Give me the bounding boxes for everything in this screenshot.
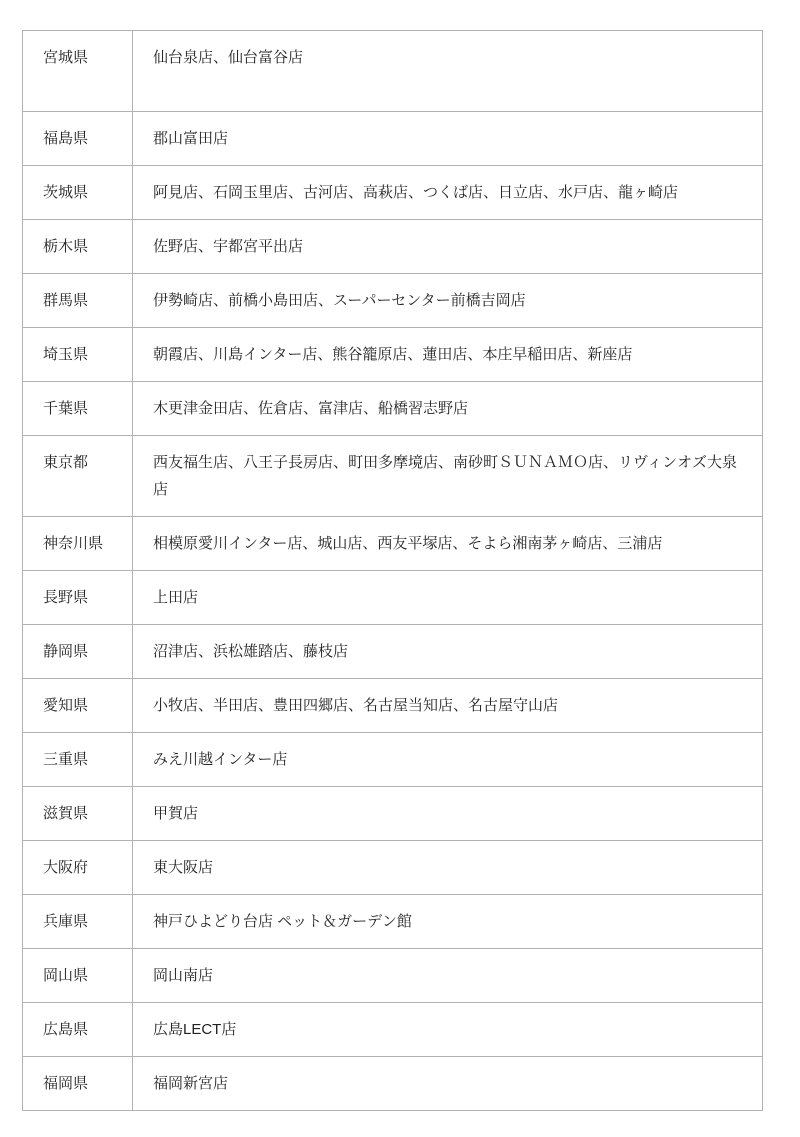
table-row: 千葉県 木更津金田店、佐倉店、富津店、船橋習志野店: [23, 382, 763, 436]
stores-cell: 広島LECT店: [133, 1003, 763, 1057]
table-row: 埼玉県 朝霞店、川島インター店、熊谷籠原店、蓮田店、本庄早稲田店、新座店: [23, 328, 763, 382]
prefecture-cell: 埼玉県: [23, 328, 133, 382]
prefecture-cell: 愛知県: [23, 679, 133, 733]
table-row: 群馬県 伊勢崎店、前橋小島田店、スーパーセンター前橋吉岡店: [23, 274, 763, 328]
table-row: 茨城県 阿見店、石岡玉里店、古河店、高萩店、つくば店、日立店、水戸店、龍ヶ崎店: [23, 166, 763, 220]
prefecture-cell: 宮城県: [23, 31, 133, 112]
prefecture-store-table: 宮城県 仙台泉店、仙台富谷店 福島県 郡山富田店 茨城県 阿見店、石岡玉里店、古…: [22, 30, 763, 1111]
table-row: 大阪府 東大阪店: [23, 841, 763, 895]
store-table-body: 宮城県 仙台泉店、仙台富谷店 福島県 郡山富田店 茨城県 阿見店、石岡玉里店、古…: [23, 31, 763, 1111]
table-row: 神奈川県 相模原愛川インター店、城山店、西友平塚店、そよら湘南茅ヶ崎店、三浦店: [23, 517, 763, 571]
prefecture-cell: 三重県: [23, 733, 133, 787]
table-row: 福島県 郡山富田店: [23, 112, 763, 166]
prefecture-cell: 茨城県: [23, 166, 133, 220]
store-list-section: 宮城県 仙台泉店、仙台富谷店 福島県 郡山富田店 茨城県 阿見店、石岡玉里店、古…: [22, 30, 762, 1111]
table-row: 愛知県 小牧店、半田店、豊田四郷店、名古屋当知店、名古屋守山店: [23, 679, 763, 733]
stores-cell: 朝霞店、川島インター店、熊谷籠原店、蓮田店、本庄早稲田店、新座店: [133, 328, 763, 382]
prefecture-cell: 長野県: [23, 571, 133, 625]
table-row: 三重県 みえ川越インター店: [23, 733, 763, 787]
stores-cell: 甲賀店: [133, 787, 763, 841]
prefecture-cell: 兵庫県: [23, 895, 133, 949]
stores-cell: 上田店: [133, 571, 763, 625]
stores-cell: 仙台泉店、仙台富谷店: [133, 31, 763, 112]
prefecture-cell: 滋賀県: [23, 787, 133, 841]
stores-cell: 神戸ひよどり台店 ペット＆ガーデン館: [133, 895, 763, 949]
prefecture-cell: 神奈川県: [23, 517, 133, 571]
table-row: 東京都 西友福生店、八王子長房店、町田多摩境店、南砂町ＳＵＮＡＭＯ店、リヴィンオ…: [23, 436, 763, 517]
prefecture-cell: 福島県: [23, 112, 133, 166]
prefecture-cell: 群馬県: [23, 274, 133, 328]
table-row: 福岡県 福岡新宮店: [23, 1057, 763, 1111]
table-row: 宮城県 仙台泉店、仙台富谷店: [23, 31, 763, 112]
stores-cell: 小牧店、半田店、豊田四郷店、名古屋当知店、名古屋守山店: [133, 679, 763, 733]
prefecture-cell: 大阪府: [23, 841, 133, 895]
prefecture-cell: 千葉県: [23, 382, 133, 436]
stores-cell: 東大阪店: [133, 841, 763, 895]
stores-cell: みえ川越インター店: [133, 733, 763, 787]
stores-cell: 郡山富田店: [133, 112, 763, 166]
stores-cell: 阿見店、石岡玉里店、古河店、高萩店、つくば店、日立店、水戸店、龍ヶ崎店: [133, 166, 763, 220]
stores-cell: 相模原愛川インター店、城山店、西友平塚店、そよら湘南茅ヶ崎店、三浦店: [133, 517, 763, 571]
stores-cell: 岡山南店: [133, 949, 763, 1003]
table-row: 長野県 上田店: [23, 571, 763, 625]
table-row: 静岡県 沼津店、浜松雄踏店、藤枝店: [23, 625, 763, 679]
stores-cell: 佐野店、宇都宮平出店: [133, 220, 763, 274]
prefecture-cell: 静岡県: [23, 625, 133, 679]
prefecture-cell: 福岡県: [23, 1057, 133, 1111]
stores-cell: 伊勢崎店、前橋小島田店、スーパーセンター前橋吉岡店: [133, 274, 763, 328]
table-row: 兵庫県 神戸ひよどり台店 ペット＆ガーデン館: [23, 895, 763, 949]
table-row: 広島県 広島LECT店: [23, 1003, 763, 1057]
prefecture-cell: 広島県: [23, 1003, 133, 1057]
stores-cell: 木更津金田店、佐倉店、富津店、船橋習志野店: [133, 382, 763, 436]
prefecture-cell: 栃木県: [23, 220, 133, 274]
stores-cell: 西友福生店、八王子長房店、町田多摩境店、南砂町ＳＵＮＡＭＯ店、リヴィンオズ大泉店: [133, 436, 763, 517]
stores-cell: 沼津店、浜松雄踏店、藤枝店: [133, 625, 763, 679]
stores-cell: 福岡新宮店: [133, 1057, 763, 1111]
table-row: 滋賀県 甲賀店: [23, 787, 763, 841]
table-row: 栃木県 佐野店、宇都宮平出店: [23, 220, 763, 274]
prefecture-cell: 東京都: [23, 436, 133, 517]
prefecture-cell: 岡山県: [23, 949, 133, 1003]
table-row: 岡山県 岡山南店: [23, 949, 763, 1003]
